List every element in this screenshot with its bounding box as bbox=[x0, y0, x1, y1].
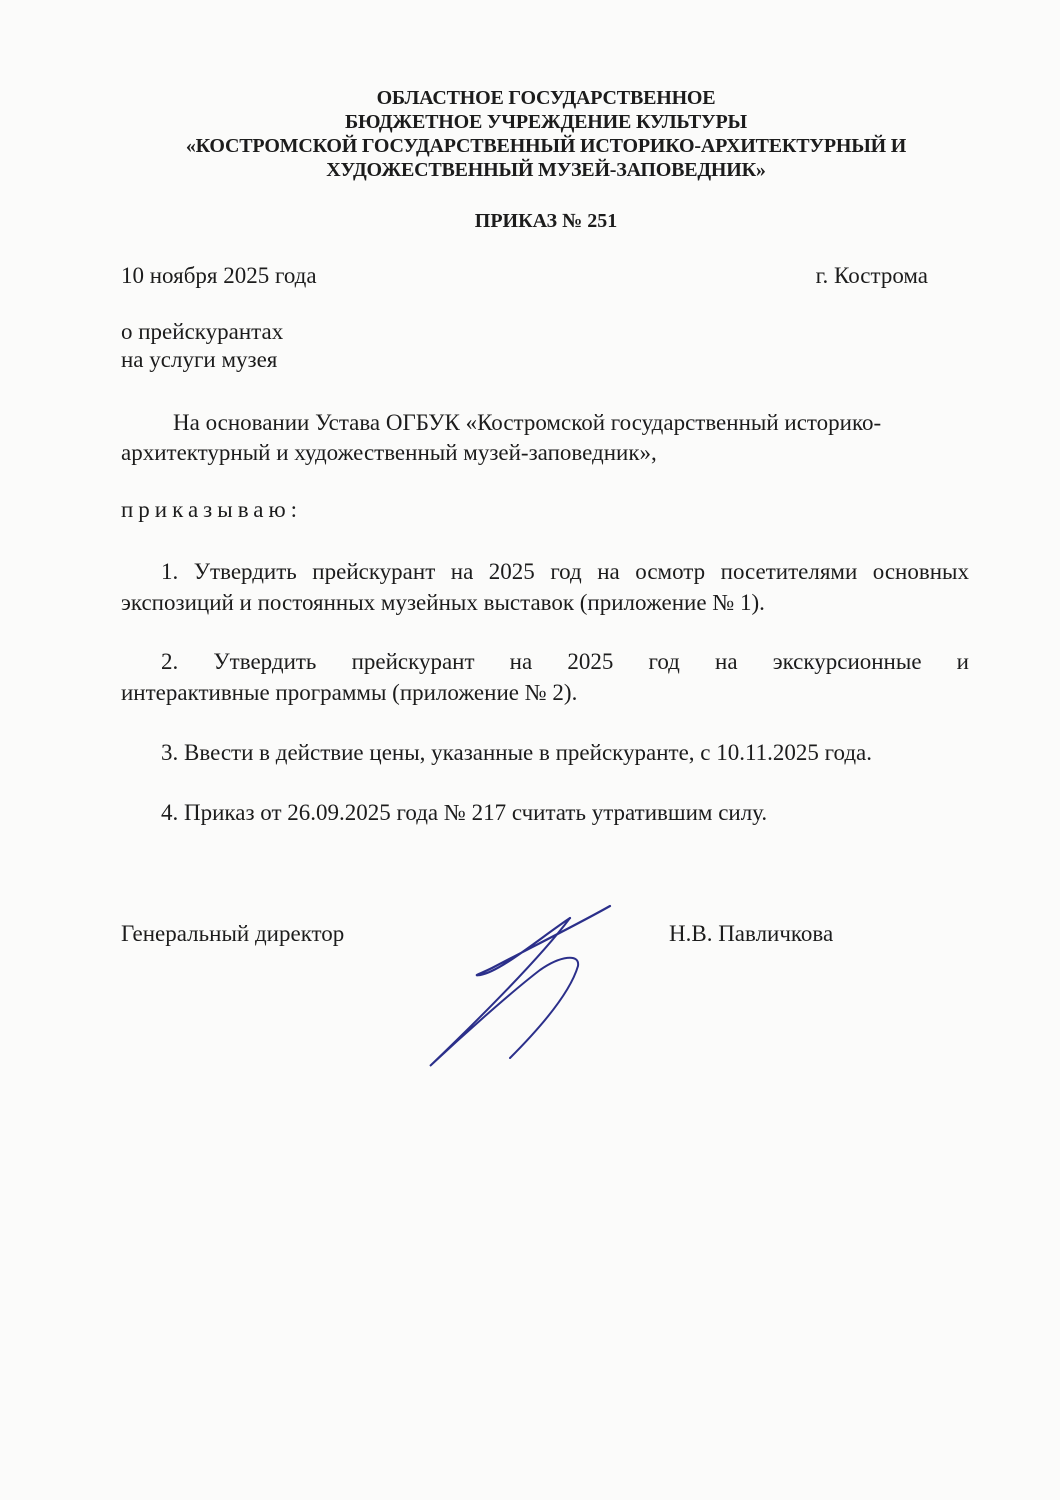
signatory-position: Генеральный директор bbox=[121, 920, 344, 948]
order-item-line: 1. Утвердить прейскурант на 2025 год на … bbox=[121, 556, 969, 587]
order-item: 3. Ввести в действие цены, указанные в п… bbox=[121, 737, 969, 768]
order-item: 1. Утвердить прейскурант на 2025 год на … bbox=[121, 556, 969, 618]
organization-header: ОБЛАСТНОЕ ГОСУДАРСТВЕННОЕ БЮДЖЕТНОЕ УЧРЕ… bbox=[120, 86, 972, 182]
handwritten-signature-icon bbox=[420, 898, 620, 1073]
subject-line: о прейскурантах bbox=[121, 318, 283, 346]
header-line: ХУДОЖЕСТВЕННЫЙ МУЗЕЙ-ЗАПОВЕДНИК» bbox=[120, 158, 972, 182]
header-line: ОБЛАСТНОЕ ГОСУДАРСТВЕННОЕ bbox=[120, 86, 972, 110]
header-line: «КОСТРОМСКОЙ ГОСУДАРСТВЕННЫЙ ИСТОРИКО-АР… bbox=[120, 134, 972, 158]
basis-line: архитектурный и художественный музей-зап… bbox=[121, 440, 657, 465]
orders-word: приказываю: bbox=[121, 496, 302, 524]
order-item: 2. Утвердить прейскурант на 2025 год на … bbox=[121, 646, 969, 708]
basis-paragraph: На основании Устава ОГБУК «Костромской г… bbox=[121, 408, 969, 468]
order-item: 4. Приказ от 26.09.2025 года № 217 счита… bbox=[121, 797, 969, 828]
header-line: БЮДЖЕТНОЕ УЧРЕЖДЕНИЕ КУЛЬТУРЫ bbox=[120, 110, 972, 134]
document-page: ОБЛАСТНОЕ ГОСУДАРСТВЕННОЕ БЮДЖЕТНОЕ УЧРЕ… bbox=[0, 0, 1060, 1500]
signatory-name: Н.В. Павличкова bbox=[669, 920, 833, 948]
order-item-line: экспозиций и постоянных музейных выставо… bbox=[121, 587, 969, 618]
order-item-line: 2. Утвердить прейскурант на 2025 год на … bbox=[121, 646, 969, 677]
subject-line: на услуги музея bbox=[121, 346, 283, 374]
order-item-line: 3. Ввести в действие цены, указанные в п… bbox=[121, 737, 969, 768]
basis-line: На основании Устава ОГБУК «Костромской г… bbox=[121, 408, 969, 438]
order-date: 10 ноября 2025 года bbox=[121, 262, 317, 290]
order-item-line: интерактивные программы (приложение № 2)… bbox=[121, 677, 969, 708]
order-city: г. Кострома bbox=[816, 262, 928, 290]
order-title: ПРИКАЗ № 251 bbox=[120, 210, 972, 233]
order-subject: о прейскурантах на услуги музея bbox=[121, 318, 283, 374]
order-item-line: 4. Приказ от 26.09.2025 года № 217 счита… bbox=[121, 797, 969, 828]
